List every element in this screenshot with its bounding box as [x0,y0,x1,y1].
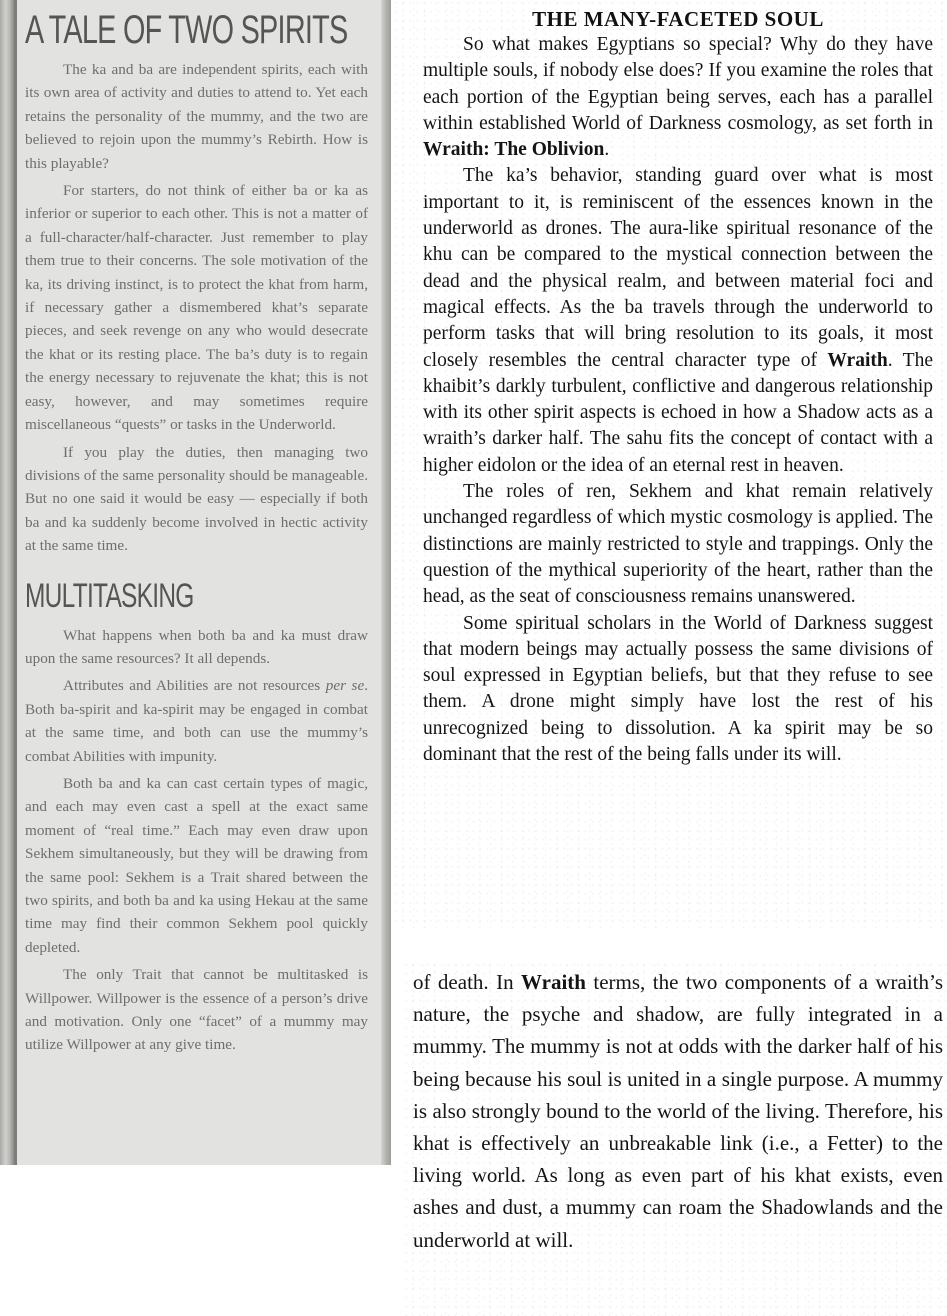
article-content: THE MANY-FACETED SOUL So what makes Egyp… [423,6,933,768]
text-run: The ka’s behavior, standing guard over w… [423,165,933,370]
article-content: of death. In Wraith terms, the two compo… [413,966,943,1256]
main-article-top: THE MANY-FACETED SOUL So what makes Egyp… [395,0,947,928]
article-paragraph: The ka’s behavior, standing guard over w… [423,163,933,479]
text-run: Attributes and Abilities are not resourc… [63,677,326,694]
sidebar-paragraph: If you play the duties, then managing tw… [25,441,368,558]
sidebar-paragraph: Both ba and ka can cast certain types of… [25,772,368,959]
sidebar-paragraph: The only Trait that cannot be multitaske… [25,963,368,1057]
sidebar-right-border [381,0,391,1165]
text-run: So what makes Egyptians so special? Why … [423,34,933,134]
article-paragraph: So what makes Egyptians so special? Why … [423,32,933,163]
sidebar-paragraph: What happens when both ba and ka must dr… [25,624,368,671]
sidebar-content: A TALE OF TWO SPIRITS The ka and ba are … [25,8,368,1061]
sidebar-paragraph: The ka and ba are independent spirits, e… [25,58,368,175]
sidebar-border-rule [14,0,17,1165]
sidebar-left-border [0,0,14,1165]
sidebar-heading-tale-of-two-spirits: A TALE OF TWO SPIRITS [25,8,371,52]
book-title-wraith: Wraith [827,350,887,371]
article-paragraph: of death. In Wraith terms, the two compo… [413,966,943,1256]
book-title-wraith: Wraith [521,970,586,994]
italic-term: per se [326,677,364,694]
sidebar-panel: A TALE OF TWO SPIRITS The ka and ba are … [0,0,391,1165]
main-article-bottom: of death. In Wraith terms, the two compo… [405,962,947,1316]
text-run: terms, the two components of a wraith’s … [413,970,943,1252]
text-run: of death. In [413,970,521,994]
text-run: . [604,139,609,160]
article-paragraph: Some spiritual scholars in the World of … [423,611,933,769]
sidebar-paragraph: Attributes and Abilities are not resourc… [25,674,368,768]
article-heading: THE MANY-FACETED SOUL [423,6,933,32]
sidebar-paragraph: For starters, do not think of either ba … [25,179,368,436]
article-paragraph: The roles of ren, Sekhem and khat remain… [423,479,933,610]
sidebar-heading-multitasking: MULTITASKING [25,576,241,616]
book-title-wraith-the-oblivion: Wraith: The Oblivion [423,139,604,160]
